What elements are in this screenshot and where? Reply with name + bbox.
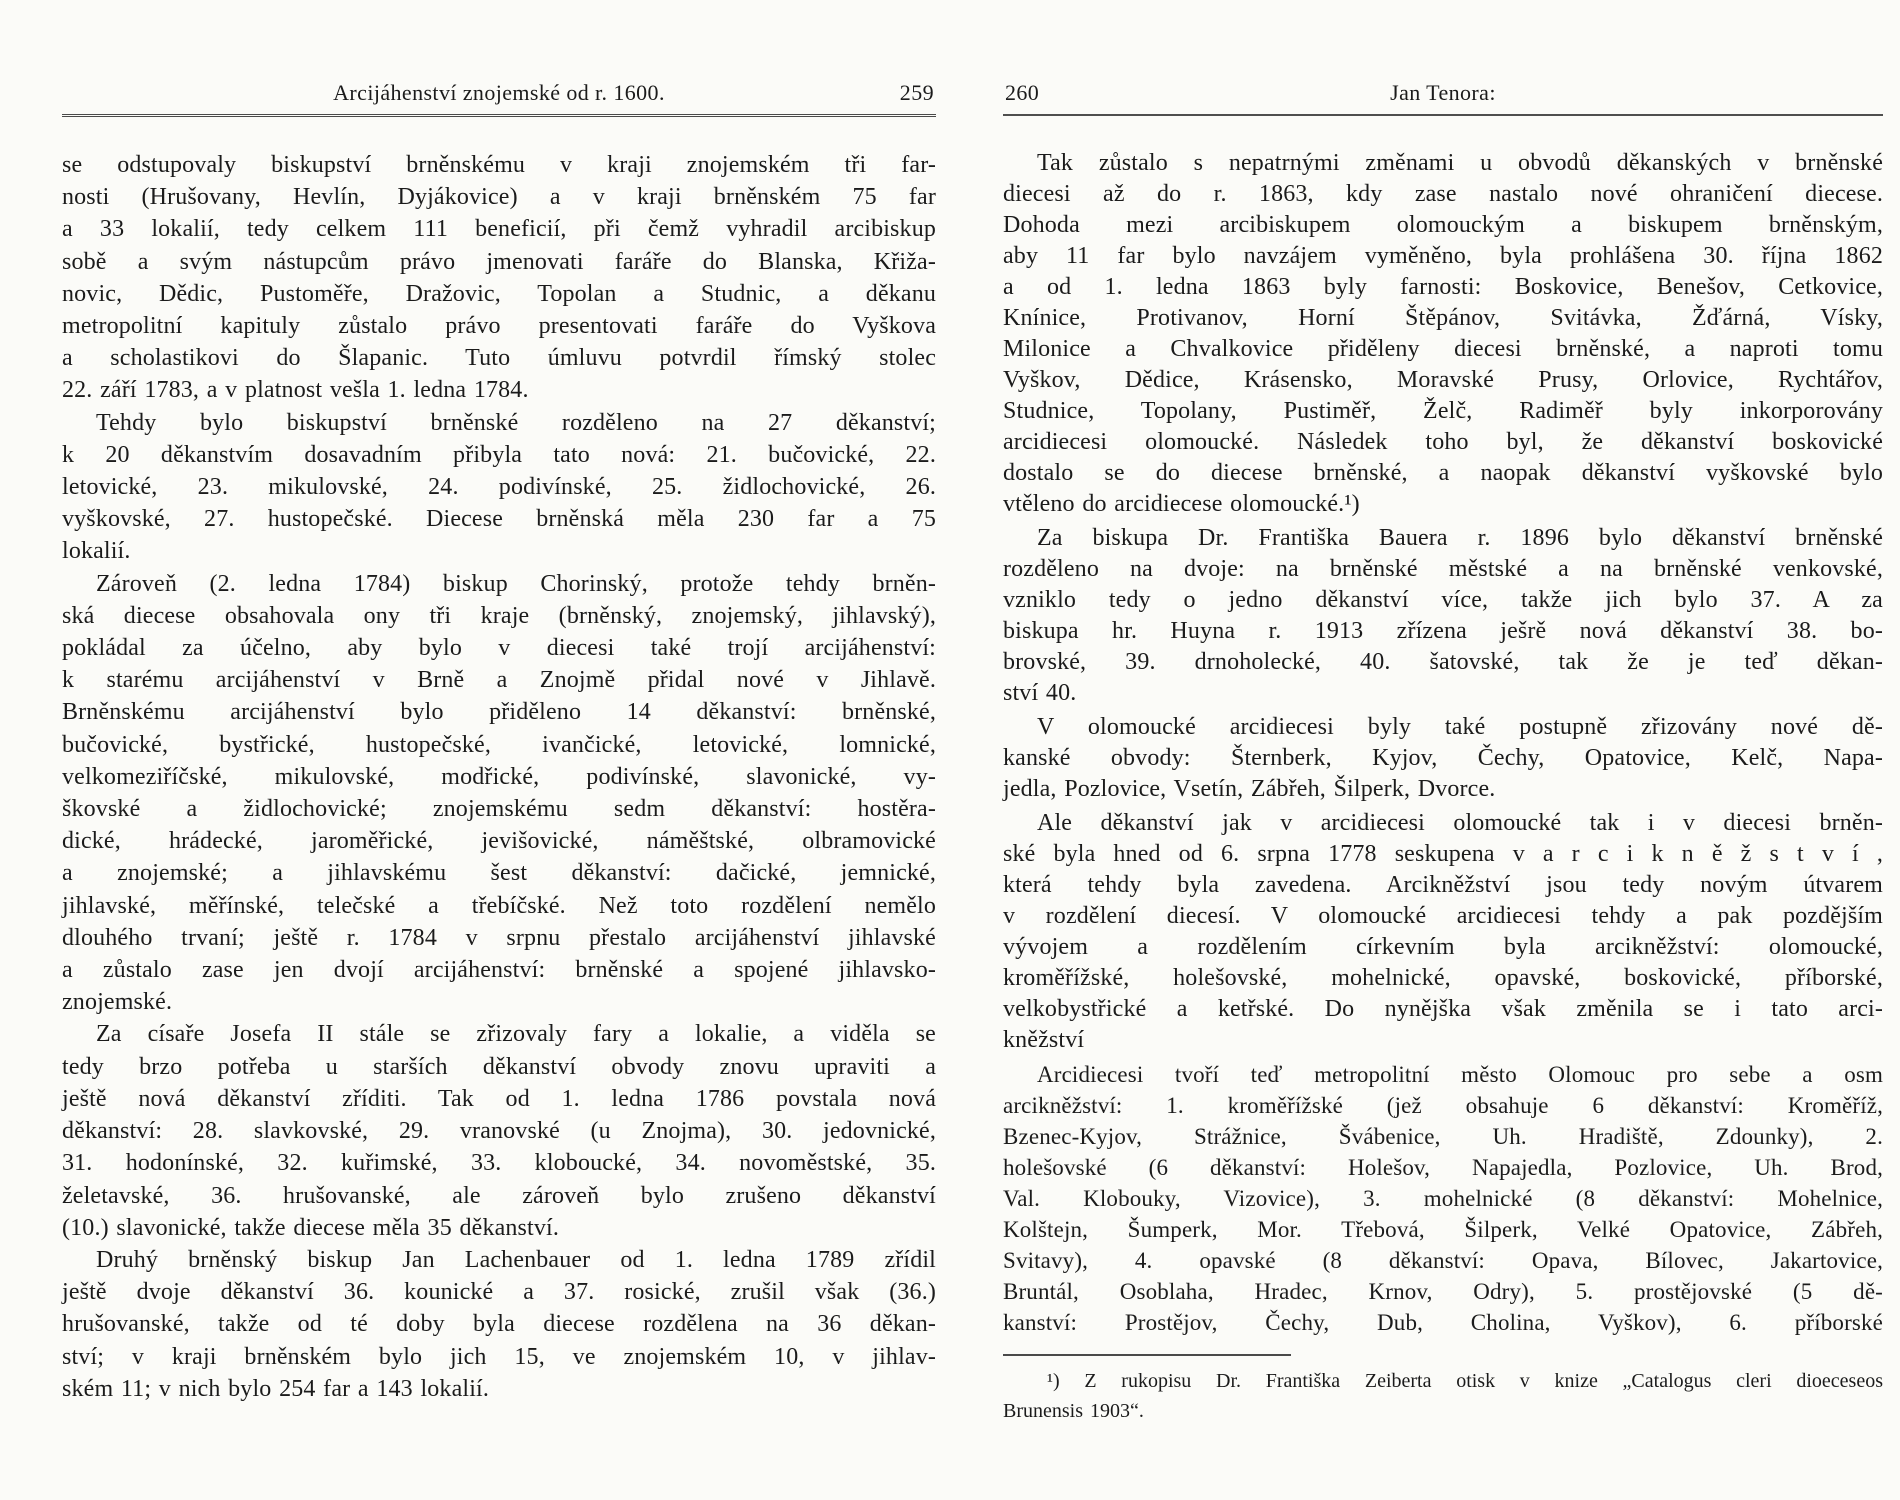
paragraph: Ale děkanství jak v arcidiecesi olomouck… (1003, 808, 1883, 1056)
text-line: kanské obvody: Šternberk, Kyjov, Čechy, … (1003, 743, 1883, 774)
text-line: novic, Dědic, Pustoměře, Dražovic, Topol… (62, 278, 936, 310)
text-line: Studnice, Topolany, Pustiměř, Želč, Radi… (1003, 396, 1883, 427)
left-page: Arcijáhenství znojemské od r. 1600. 259 … (62, 80, 936, 1405)
text-line: V olomoucké arcidiecesi byly také postup… (1003, 712, 1883, 743)
text-line: k 20 děkanstvím dosavadním přibyla tato … (62, 439, 936, 471)
text-line: Za císaře Josefa II stále se zřizovaly f… (62, 1018, 936, 1050)
text-line: k starému arcijáhenství v Brně a Znojmě … (62, 664, 936, 696)
text-line: a zůstalo zase jen dvojí arcijáhenství: … (62, 954, 936, 986)
text-line: ještě nová děkanství zříditi. Tak od 1. … (62, 1083, 936, 1115)
text-line: ství; v kraji brněnském bylo jich 15, ve… (62, 1341, 936, 1373)
text-line: a od 1. ledna 1863 byly farnosti: Boskov… (1003, 272, 1883, 303)
text-line: ské byla hned od 6. srpna 1778 seskupena… (1003, 839, 1883, 870)
text-line: škovské a židlochovické; znojemskému sed… (62, 793, 936, 825)
right-page-body: Tak zůstalo s nepatrnými změnami u obvod… (1003, 148, 1883, 1338)
paragraph: Zároveň (2. ledna 1784) biskup Chorinský… (62, 568, 936, 1019)
text-line: lokalií. (62, 535, 936, 567)
page-number: 259 (900, 80, 934, 106)
text-line: Tak zůstalo s nepatrnými změnami u obvod… (1003, 148, 1883, 179)
footnote-line: Brunensis 1903“. (1003, 1396, 1883, 1426)
text-line: tedy brzo potřeba u starších děkanství o… (62, 1051, 936, 1083)
text-line: arcidiecesi olomoucké. Následek toho byl… (1003, 427, 1883, 458)
text-line: arcikněžství: 1. kroměřížské (jež obsahu… (1003, 1090, 1883, 1121)
footnote-line: ¹) Z rukopisu Dr. Františka Zeiberta oti… (1003, 1366, 1883, 1396)
paragraph: V olomoucké arcidiecesi byly také postup… (1003, 712, 1883, 805)
text-line: kanství: Prostějov, Čechy, Dub, Cholina,… (1003, 1307, 1883, 1338)
text-line: (10.) slavonické, takže diecese měla 35 … (62, 1212, 936, 1244)
text-line: biskupa hr. Huyna r. 1913 zřízena ješrě … (1003, 616, 1883, 647)
text-line: Bzenec-Kyjov, Strážnice, Švábenice, Uh. … (1003, 1121, 1883, 1152)
right-page-header: 260 Jan Tenora: (1003, 80, 1883, 116)
text-line: nosti (Hrušovany, Hevlín, Dyjákovice) a … (62, 181, 936, 213)
text-line: kroměřížské, holešovské, mohelnické, opa… (1003, 963, 1883, 994)
paragraph: Arcidiecesi tvoří teď metropolitní město… (1003, 1059, 1883, 1338)
text-line: a 33 lokalií, tedy celkem 111 beneficií,… (62, 213, 936, 245)
text-line: velkobystřické a ketřské. Do nynějška vš… (1003, 994, 1883, 1025)
text-line: kněžství (1003, 1025, 1883, 1056)
text-line: želetavské, 36. hrušovanské, ale zároveň… (62, 1180, 936, 1212)
paragraph: Za císaře Josefa II stále se zřizovaly f… (62, 1018, 936, 1243)
text-line: vývojem a rozdělením církevním byla arci… (1003, 932, 1883, 963)
text-line: vtěleno do arcidiecese olomoucké.¹) (1003, 489, 1883, 520)
text-line: jihlavské, měřínské, telečské a třebíčsk… (62, 890, 936, 922)
text-line: holešovské (6 děkanství: Holešov, Napaje… (1003, 1152, 1883, 1183)
paragraph: Druhý brněnský biskup Jan Lachenbauer od… (62, 1244, 936, 1405)
text-line: Arcidiecesi tvoří teď metropolitní město… (1003, 1059, 1883, 1090)
text-line: rozděleno na dvoje: na brněnské městské … (1003, 554, 1883, 585)
text-line: bučovické, bystřické, hustopečské, ivanč… (62, 729, 936, 761)
text-line: Val. Klobouky, Vizovice), 3. mohelnické … (1003, 1183, 1883, 1214)
text-line: Za biskupa Dr. Františka Bauera r. 1896 … (1003, 523, 1883, 554)
text-line: vzniklo tedy o jedno děkanství více, tak… (1003, 585, 1883, 616)
text-line: Ale děkanství jak v arcidiecesi olomouck… (1003, 808, 1883, 839)
text-line: v rozdělení diecesí. V olomoucké arcidie… (1003, 901, 1883, 932)
text-line: Brněnskému arcijáhenství bylo přiděleno … (62, 696, 936, 728)
text-line: a scholastikovi do Šlapanic. Tuto úmluvu… (62, 342, 936, 374)
text-line: pokládal za účelno, aby bylo v diecesi t… (62, 632, 936, 664)
left-page-header: Arcijáhenství znojemské od r. 1600. 259 (62, 80, 936, 117)
text-line: dické, hrádecké, jaroměřické, jevišovick… (62, 825, 936, 857)
text-line: jedla, Pozlovice, Vsetín, Zábřeh, Šilper… (1003, 774, 1883, 805)
right-page: 260 Jan Tenora: Tak zůstalo s nepatrnými… (1003, 80, 1883, 1426)
text-line: Bruntál, Osoblaha, Hradec, Krnov, Odry),… (1003, 1276, 1883, 1307)
text-line: Kolštejn, Šumperk, Mor. Třebová, Šilperk… (1003, 1214, 1883, 1245)
text-line: dlouhého trvaní; ještě r. 1784 v srpnu p… (62, 922, 936, 954)
text-line: metropolitní kapituly zůstalo právo pres… (62, 310, 936, 342)
text-line: Vyškov, Dědice, Krásensko, Moravské Prus… (1003, 365, 1883, 396)
text-line: a znojemské; a jihlavskému šest děkanstv… (62, 857, 936, 889)
text-line: 22. září 1783, a v platnost vešla 1. led… (62, 374, 936, 406)
text-line: hrušovanské, takže od té doby byla diece… (62, 1308, 936, 1340)
paragraph: Tehdy bylo biskupství brněnské rozděleno… (62, 407, 936, 568)
text-line: Druhý brněnský biskup Jan Lachenbauer od… (62, 1244, 936, 1276)
text-line: dostalo se do diecese brněnské, a naopak… (1003, 458, 1883, 489)
text-line: ještě dvoje děkanství 36. kounické a 37.… (62, 1276, 936, 1308)
running-title: Jan Tenora: (1003, 80, 1883, 106)
footnote: ¹) Z rukopisu Dr. Františka Zeiberta oti… (1003, 1366, 1883, 1426)
text-line: Svitavy), 4. opavské (8 děkanství: Opava… (1003, 1245, 1883, 1276)
footnote-divider (1003, 1354, 1291, 1356)
text-line: která tehdy byla zavedena. Arcikněžství … (1003, 870, 1883, 901)
text-line: diecesi až do r. 1863, kdy zase nastalo … (1003, 179, 1883, 210)
text-line: vyškovské, 27. hustopečské. Diecese brně… (62, 503, 936, 535)
text-line: Knínice, Protivanov, Horní Štěpánov, Svi… (1003, 303, 1883, 334)
running-title: Arcijáhenství znojemské od r. 1600. (62, 80, 936, 106)
text-line: velkomeziříčské, mikulovské, modřické, p… (62, 761, 936, 793)
text-line: brovské, 39. drnoholecké, 40. šatovské, … (1003, 647, 1883, 678)
text-line: se odstupovaly biskupství brněnskému v k… (62, 149, 936, 181)
paragraph: Tak zůstalo s nepatrnými změnami u obvod… (1003, 148, 1883, 520)
text-line: Zároveň (2. ledna 1784) biskup Chorinský… (62, 568, 936, 600)
text-line: ství 40. (1003, 678, 1883, 709)
text-line: letovické, 23. mikulovské, 24. podivínsk… (62, 471, 936, 503)
paragraph: Za biskupa Dr. Františka Bauera r. 1896 … (1003, 523, 1883, 709)
paragraph: se odstupovaly biskupství brněnskému v k… (62, 149, 936, 407)
text-line: Milonice a Chvalkovice přiděleny diecesi… (1003, 334, 1883, 365)
text-line: Dohoda mezi arcibiskupem olomouckým a bi… (1003, 210, 1883, 241)
text-line: ském 11; v nich bylo 254 far a 143 lokal… (62, 1373, 936, 1405)
text-line: Tehdy bylo biskupství brněnské rozděleno… (62, 407, 936, 439)
text-line: 31. hodonínské, 32. kuřimské, 33. klobou… (62, 1147, 936, 1179)
left-page-body: se odstupovaly biskupství brněnskému v k… (62, 149, 936, 1405)
text-line: aby 11 far bylo navzájem vyměněno, byla … (1003, 241, 1883, 272)
text-line: děkanství: 28. slavkovské, 29. vranovské… (62, 1115, 936, 1147)
text-line: ská diecese obsahovala ony tři kraje (br… (62, 600, 936, 632)
text-line: znojemské. (62, 986, 936, 1018)
text-line: sobě a svým nástupcům právo jmenovati fa… (62, 246, 936, 278)
